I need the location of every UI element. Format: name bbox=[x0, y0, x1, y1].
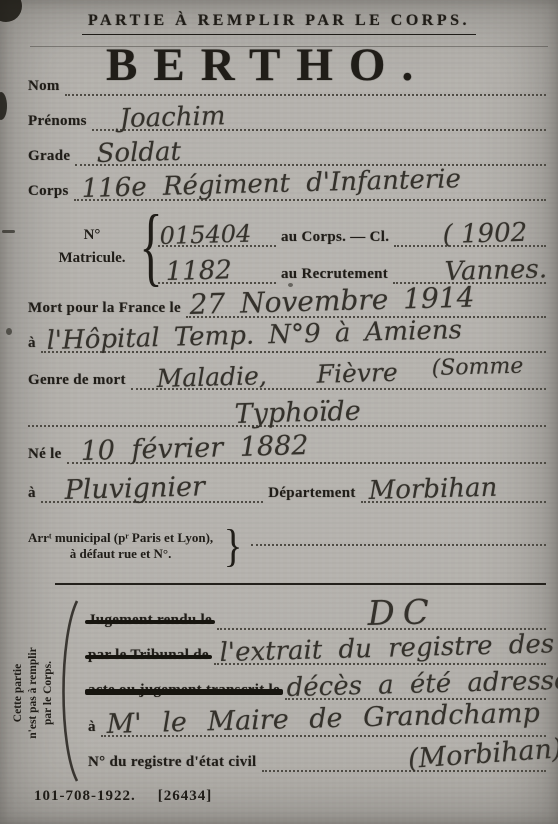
matricule-recrutement-suffix: au Recrutement bbox=[281, 267, 388, 284]
field-genre-mort-line2-rule: Typhoïde bbox=[28, 425, 546, 427]
field-matricule-label-top: N° bbox=[84, 227, 101, 244]
field-nom: Nom bbox=[28, 66, 546, 96]
field-destinataire: à M' le Maire de Grandchamp bbox=[88, 705, 546, 737]
field-arrondissement-label-line1: Arrᵗ municipal (pʳ Paris et Lyon), bbox=[28, 530, 213, 545]
field-departement-label: Département bbox=[268, 486, 355, 503]
matricule-classe-value: ( 1902 bbox=[442, 220, 527, 248]
field-ne-le-value: 10 février 1882 bbox=[80, 432, 309, 465]
field-transcription-label: acte ou jugement transcrit le bbox=[88, 683, 280, 700]
field-destinataire-label: à bbox=[88, 720, 96, 737]
field-prenoms-line: Joachim bbox=[92, 129, 546, 131]
field-grade: Grade Soldat bbox=[28, 136, 546, 166]
field-transcription: acte ou jugement transcrit le décès a ét… bbox=[88, 670, 546, 700]
field-ne-lieu-line: Pluvignier bbox=[41, 501, 263, 503]
field-genre-mort-marginal: (Somme bbox=[432, 356, 524, 380]
field-grade-label: Grade bbox=[28, 149, 70, 166]
field-matricule: N° Matricule. { 015404 au Corps. — Cl. (… bbox=[50, 210, 546, 284]
field-ne-le-line: 10 février 1882 bbox=[67, 462, 546, 464]
field-arrondissement: Arrᵗ municipal (pʳ Paris et Lyon), à déf… bbox=[28, 523, 546, 569]
matricule-corps-row: 015404 au Corps. — Cl. ( 1902 bbox=[158, 210, 546, 247]
field-registre-label: N° du registre d'état civil bbox=[88, 755, 257, 772]
field-genre-mort: Genre de mort Maladie, Fièvre (Somme bbox=[28, 358, 546, 390]
field-corps: Corps 116e Régiment d'Infanterie bbox=[28, 171, 546, 201]
form-title: PARTIE À REMPLIR PAR LE CORPS. bbox=[82, 12, 476, 35]
field-ne-lieu: à Pluvignier Département Morbihan bbox=[28, 471, 546, 503]
field-prenoms-label: Prénoms bbox=[28, 114, 87, 131]
field-genre-mort-line2: Typhoïde bbox=[28, 395, 546, 427]
sidebar-note-line3: par le Corps. bbox=[41, 603, 56, 783]
field-destinataire-line: M' le Maire de Grandchamp bbox=[101, 735, 546, 737]
sidebar-brace-icon bbox=[56, 598, 80, 784]
field-tribunal-label: par le Tribunal de bbox=[88, 648, 209, 665]
field-prenoms: Prénoms Joachim bbox=[28, 101, 546, 131]
field-matricule-rows: 015404 au Corps. — Cl. ( 1902 1182 au Re… bbox=[158, 210, 546, 284]
field-genre-mort-line: Maladie, Fièvre bbox=[131, 388, 546, 390]
field-departement-line: Morbihan bbox=[361, 501, 546, 503]
print-reference-number: 101-708-1922. bbox=[34, 788, 136, 804]
field-registre-line: (Morbihan) bbox=[262, 770, 546, 772]
field-grade-line: Soldat bbox=[75, 164, 546, 166]
matricule-corps-suffix: au Corps. — Cl. bbox=[281, 230, 389, 247]
field-genre-mort-label: Genre de mort bbox=[28, 373, 126, 390]
field-mort-lieu-label: à bbox=[28, 336, 36, 353]
field-corps-value: 116e Régiment d'Infanterie bbox=[81, 166, 461, 202]
matricule-recrutement-number: 1182 bbox=[165, 257, 232, 285]
print-reference-bracket: [26434] bbox=[158, 788, 213, 804]
field-jugement-label: Jugement rendu le bbox=[88, 613, 212, 630]
field-mort-le: Mort pour la France le 27 Novembre 1914 bbox=[28, 288, 546, 318]
field-registre-value: (Morbihan) bbox=[408, 735, 558, 773]
field-mort-lieu-line: l'Hôpital Temp. N°9 à Amiens bbox=[41, 351, 546, 353]
field-ne-le-label: Né le bbox=[28, 447, 62, 464]
scan-artifact-edge bbox=[0, 92, 7, 120]
field-jugement: Jugement rendu le DC bbox=[88, 600, 546, 630]
matricule-classe-line: ( 1902 bbox=[394, 245, 546, 247]
field-grade-value: Soldat bbox=[97, 139, 182, 167]
field-arrondissement-label: Arrᵗ municipal (pʳ Paris et Lyon), à déf… bbox=[28, 530, 213, 563]
field-registre: N° du registre d'état civil (Morbihan) bbox=[88, 740, 546, 772]
brace-left-icon: { bbox=[139, 212, 152, 282]
field-jugement-line: DC bbox=[217, 628, 546, 630]
matricule-recrutement-row: 1182 au Recrutement Vannes. bbox=[158, 247, 546, 284]
field-prenoms-value: Joachim bbox=[119, 103, 226, 132]
sidebar-note-line1: Cette partie bbox=[11, 603, 26, 783]
field-transcription-value: décès a été adressé bbox=[286, 668, 558, 701]
field-mort-lieu: à l'Hôpital Temp. N°9 à Amiens bbox=[28, 323, 546, 353]
field-ne-le: Né le 10 février 1882 bbox=[28, 432, 546, 464]
field-nom-label: Nom bbox=[28, 79, 60, 96]
field-ne-lieu-label: à bbox=[28, 486, 36, 503]
matricule-recrutement-line: 1182 bbox=[158, 282, 276, 284]
field-arrondissement-label-line2: à défaut rue et N°. bbox=[70, 546, 172, 561]
sidebar-note-line2: n'est pas à remplir bbox=[26, 603, 41, 783]
form-header: PARTIE À REMPLIR PAR LE CORPS. bbox=[0, 12, 558, 35]
field-nom-line bbox=[65, 94, 546, 96]
scan-artifact-dot bbox=[6, 328, 12, 335]
field-matricule-label-bottom: Matricule. bbox=[58, 250, 125, 267]
field-mort-lieu-value: l'Hôpital Temp. N°9 à Amiens bbox=[46, 317, 462, 354]
section-divider bbox=[55, 583, 546, 585]
field-genre-mort-value2: Typhoïde bbox=[234, 398, 361, 428]
field-tribunal-line: l'extrait du registre des bbox=[214, 663, 546, 665]
field-matricule-label: N° Matricule. bbox=[50, 227, 134, 267]
field-jugement-value: DC bbox=[367, 595, 437, 631]
field-ne-lieu-value: Pluvignier bbox=[64, 473, 205, 504]
field-corps-label: Corps bbox=[28, 184, 69, 201]
death-record-card: PARTIE À REMPLIR PAR LE CORPS. BERTHO. N… bbox=[0, 0, 558, 824]
field-destinataire-value: M' le Maire de Grandchamp bbox=[106, 700, 540, 738]
field-genre-mort-value: Maladie, Fièvre bbox=[156, 360, 398, 391]
scan-artifact-dash bbox=[2, 230, 15, 233]
matricule-corps-number: 015404 bbox=[159, 222, 251, 248]
field-mort-le-label: Mort pour la France le bbox=[28, 301, 181, 318]
field-departement-value: Morbihan bbox=[368, 475, 497, 504]
field-mort-le-value: 27 Novembre 1914 bbox=[189, 284, 475, 319]
field-tribunal: par le Tribunal de l'extrait du registre… bbox=[88, 635, 546, 665]
sidebar-note: Cette partie n'est pas à remplir par le … bbox=[11, 603, 53, 783]
print-reference: 101-708-1922.[26434] bbox=[34, 788, 234, 805]
field-arrondissement-line bbox=[251, 544, 546, 546]
matricule-corps-line: 015404 bbox=[158, 245, 276, 247]
field-tribunal-value: l'extrait du registre des bbox=[219, 631, 554, 666]
brace-right-icon: } bbox=[224, 523, 243, 569]
